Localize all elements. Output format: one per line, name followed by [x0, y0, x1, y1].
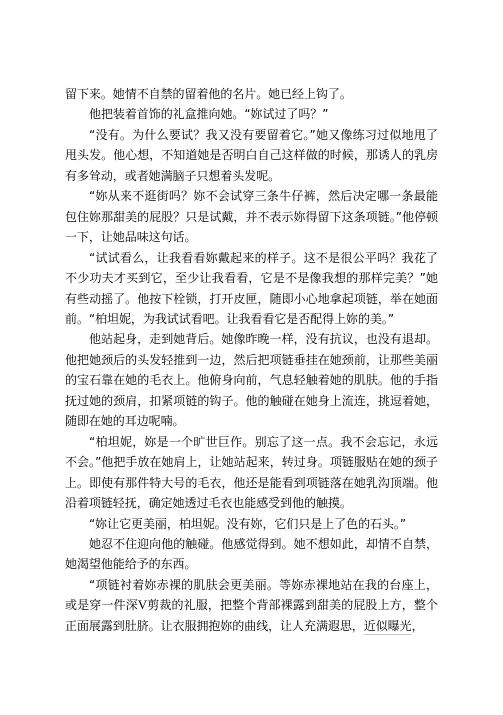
paragraph-6: 他站起身，走到她背后。她像昨晚一样，没有抗议，也没有退却。他把她颈后的头发轻推到…: [65, 329, 438, 431]
paragraph-10: “项链衬着妳赤裸的肌肤会更美丽。等妳赤裸地站在我的台座上，或是穿一件深V剪裁的礼…: [65, 575, 438, 636]
document-page: 留下来。她情不自禁的留着他的名片。她已经上钩了。 他把装着首饰的礼盒推向她。“妳…: [65, 84, 438, 636]
paragraph-4: “妳从来不逛街吗？妳不会试穿三条牛仔裤，然后决定哪一条最能包住妳那甜美的屁股？只…: [65, 186, 438, 247]
v-letter: V: [138, 597, 147, 612]
paragraph-8: “妳让它更美丽，柏坦妮。没有妳，它们只是上了色的石头。”: [65, 514, 438, 534]
paragraph-7: “柏坦妮，妳是一个旷世巨作。别忘了这一点。我不会忘记，永远不会。”他把手放在她肩…: [65, 432, 438, 514]
paragraph-9: 她忍不住迎向他的触碰。他感觉得到。她不想如此，却情不自禁，她渴望他能给予的东西。: [65, 534, 438, 575]
paragraph-5: “试试看么，让我看看妳戴起来的样子。这不是很公平吗？我花了不少功夫才买到它，至少…: [65, 248, 438, 330]
paragraph-10-tail: ，: [412, 619, 424, 633]
paragraph-1: 留下来。她情不自禁的留着他的名片。她已经上钩了。: [65, 84, 438, 104]
paragraph-3: “没有。为什么要试？我又没有要留着它。”她又像练习过似地甩了甩头发。他心想，不知…: [65, 125, 438, 186]
underlined-phrase: 近似曝光: [364, 619, 412, 633]
paragraph-2: 他把装着首饰的礼盒推向她。“妳试过了吗？”: [65, 104, 438, 124]
